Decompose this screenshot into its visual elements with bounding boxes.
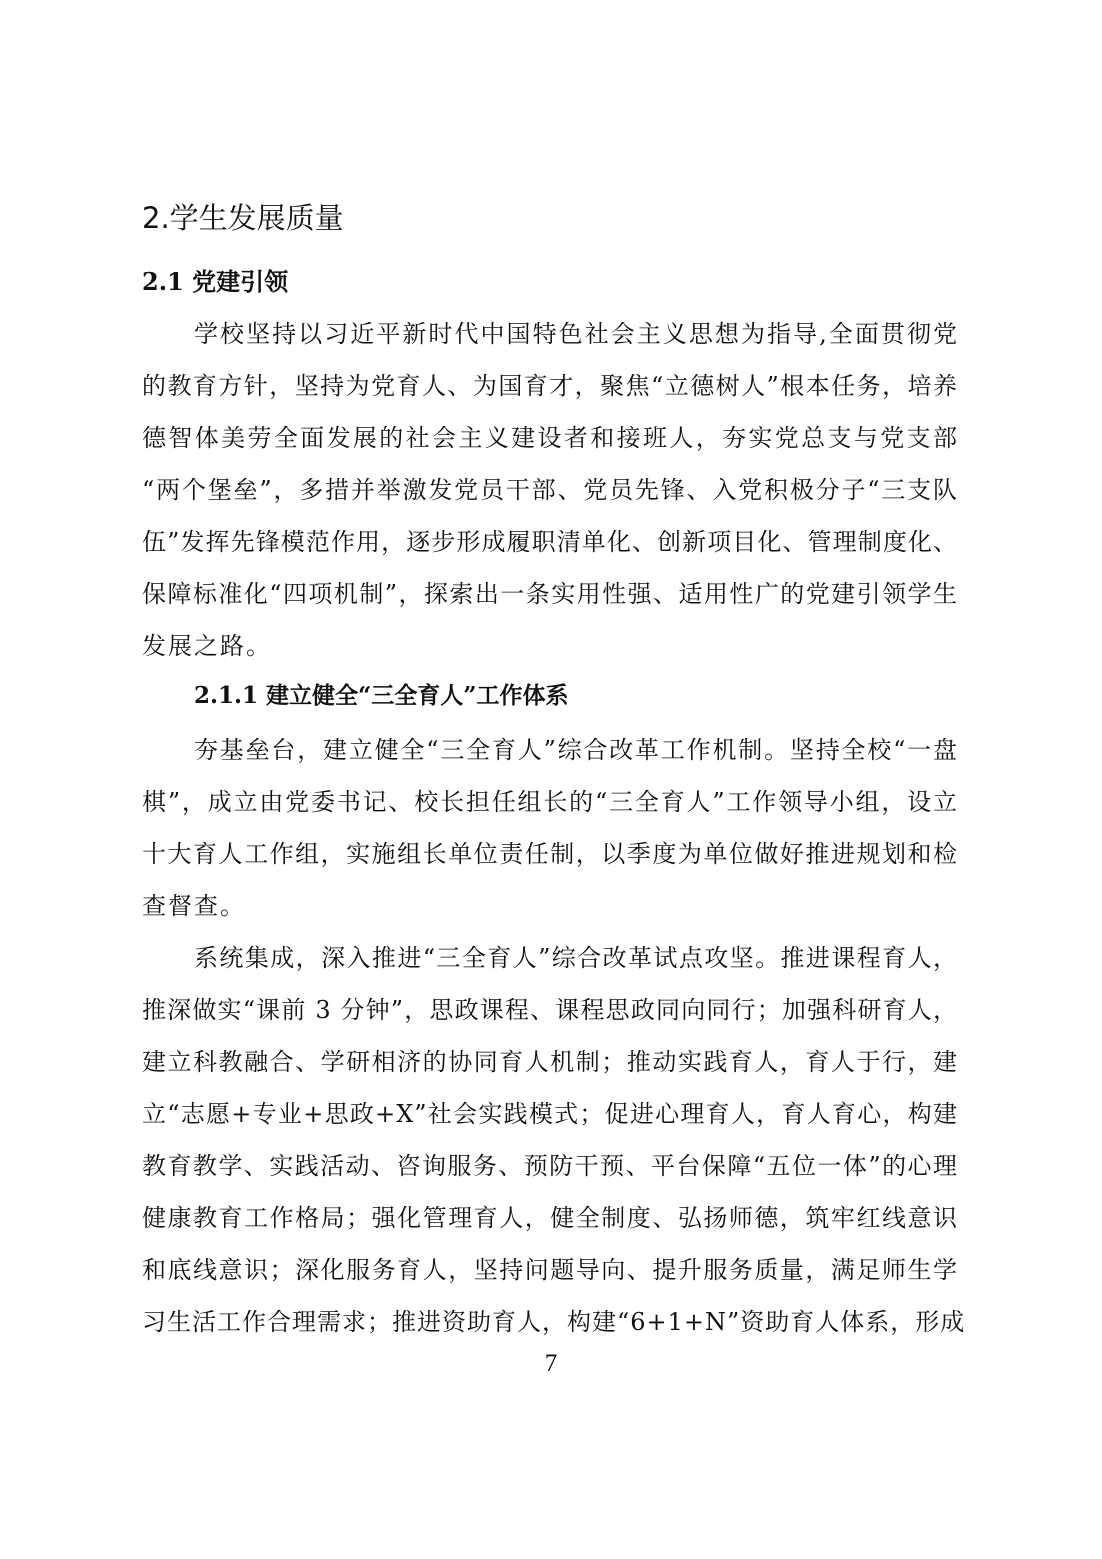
subsection-title: 2.1 党建引领 — [142, 264, 288, 300]
paragraph-line: 发展之路。 — [142, 628, 958, 664]
paragraph-line: 学校坚持以习近平新时代中国特色社会主义思想为指导,全面贯彻党 — [194, 316, 958, 352]
subsubsection-title: 2.1.1 建立健全“三全育人”工作体系 — [194, 678, 569, 714]
paragraph-line: 和底线意识；深化服务育人，坚持问题导向、提升服务质量，满足师生学 — [142, 1252, 958, 1288]
paragraph-line: 十大育人工作组，实施组长单位责任制，以季度为单位做好推进规划和检 — [142, 836, 958, 872]
paragraph-line: 推深做实“课前 3 分钟”，思政课程、课程思政同向同行；加强科研育人， — [142, 992, 958, 1028]
paragraph-line: 德智体美劳全面发展的社会主义建设者和接班人，夯实党总支与党支部 — [142, 420, 958, 456]
paragraph-line: 系统集成，深入推进“三全育人”综合改革试点攻坚。推进课程育人， — [194, 940, 958, 976]
page-number: 7 — [0, 1346, 1102, 1382]
section-title: 2.学生发展质量 — [142, 198, 344, 238]
paragraph-line: 立“志愿+专业+思政+X”社会实践模式；促进心理育人，育人育心，构建 — [142, 1096, 958, 1132]
document-page: 2.学生发展质量 2.1 党建引领 学校坚持以习近平新时代中国特色社会主义思想为… — [0, 0, 1102, 1559]
paragraph-line: 健康教育工作格局；强化管理育人，健全制度、弘扬师德，筑牢红线意识 — [142, 1200, 958, 1236]
paragraph-line: 夯基垒台，建立健全“三全育人”综合改革工作机制。坚持全校“一盘 — [194, 732, 958, 768]
paragraph-line: 查督查。 — [142, 888, 958, 924]
paragraph-line: 的教育方针，坚持为党育人、为国育才，聚焦“立德树人”根本任务，培养 — [142, 368, 958, 404]
paragraph-line: 棋”，成立由党委书记、校长担任组长的“三全育人”工作领导小组，设立 — [142, 784, 958, 820]
paragraph-line: 习生活工作合理需求；推进资助育人，构建“6+1+N”资助育人体系，形成 — [142, 1304, 958, 1340]
paragraph-line: 保障标准化“四项机制”，探索出一条实用性强、适用性广的党建引领学生 — [142, 576, 958, 612]
paragraph-line: 教育教学、实践活动、咨询服务、预防干预、平台保障“五位一体”的心理 — [142, 1148, 958, 1184]
paragraph-line: 伍”发挥先锋模范作用，逐步形成履职清单化、创新项目化、管理制度化、 — [142, 524, 958, 560]
paragraph-line: 建立科教融合、学研相济的协同育人机制；推动实践育人，育人于行，建 — [142, 1044, 958, 1080]
paragraph-line: “两个堡垒”，多措并举激发党员干部、党员先锋、入党积极分子“三支队 — [142, 472, 958, 508]
